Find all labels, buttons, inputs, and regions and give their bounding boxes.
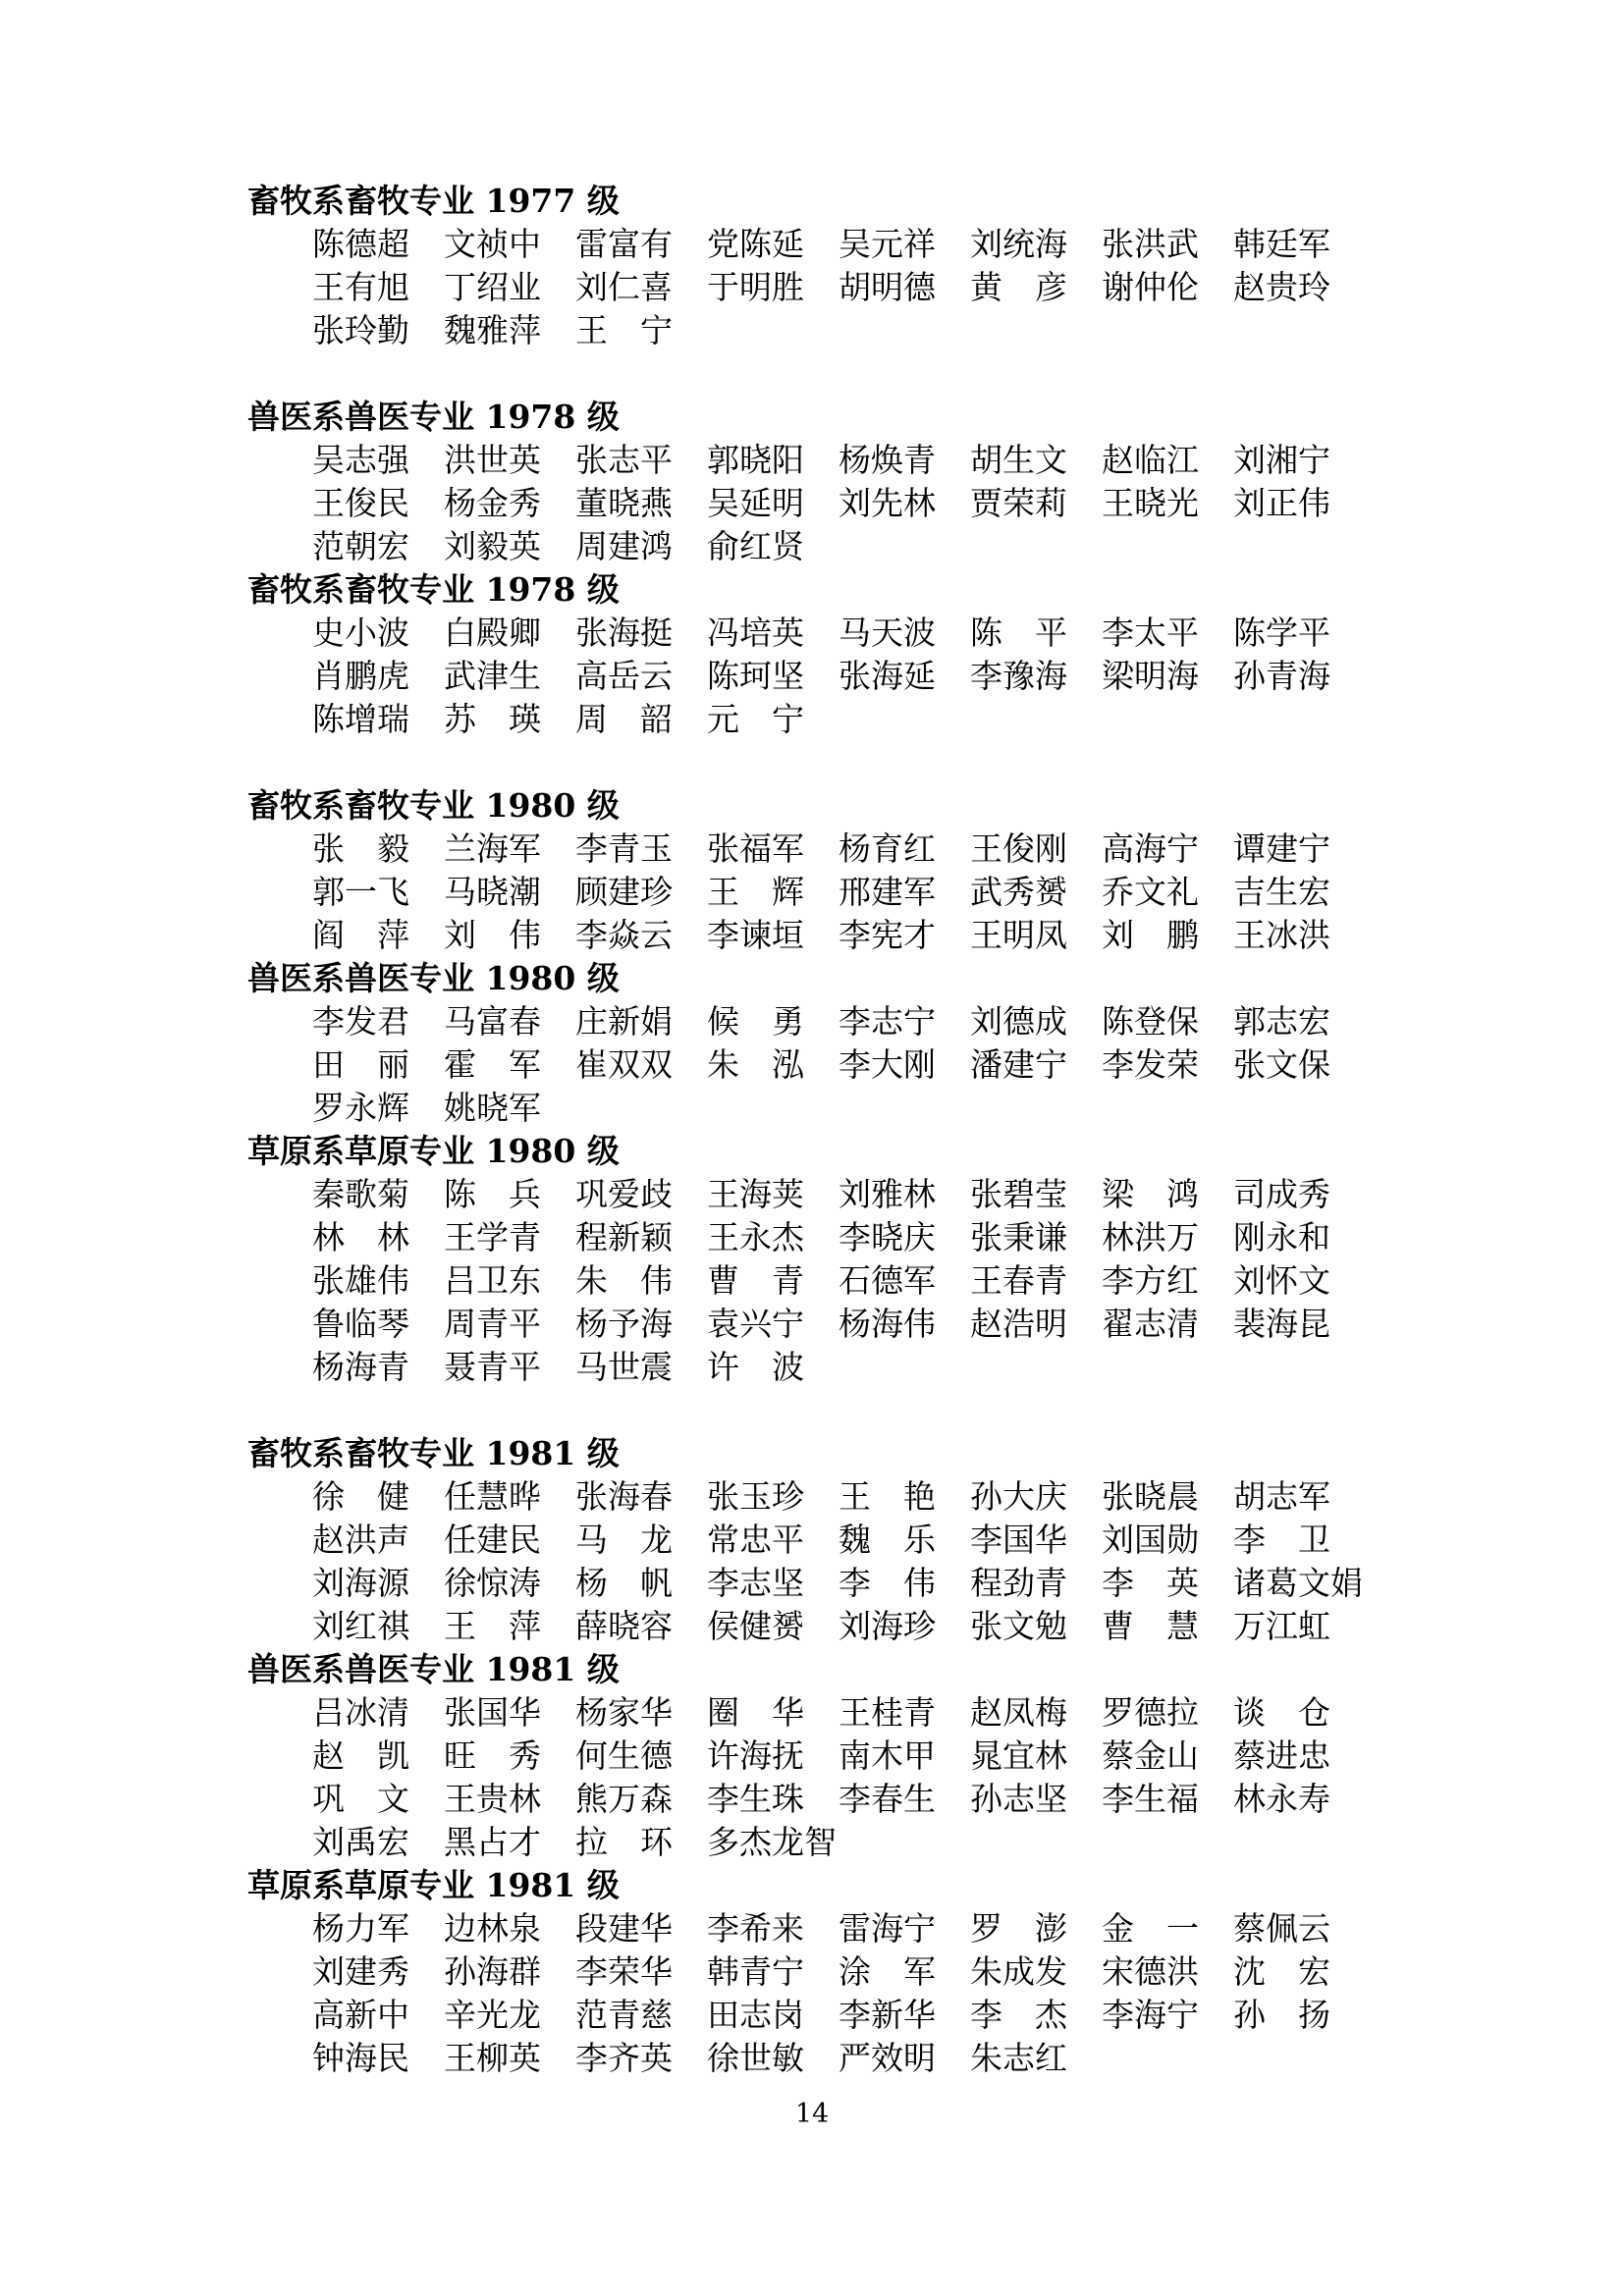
name-row: 王有旭丁绍业刘仁喜于明胜胡明德黄 彦谢仲伦赵贵玲 <box>312 266 1435 309</box>
student-name: 董晓燕 <box>575 482 707 525</box>
student-name: 杨海伟 <box>839 1303 970 1346</box>
student-name: 巩爱歧 <box>575 1173 707 1216</box>
student-name: 刘 鹏 <box>1102 914 1233 957</box>
student-name: 张洪武 <box>1102 223 1233 266</box>
student-name: 郭志宏 <box>1233 1000 1365 1043</box>
student-name: 李发荣 <box>1102 1043 1233 1087</box>
student-name: 李志宁 <box>839 1000 970 1043</box>
section-heading: 畜牧系畜牧专业 1978 级 <box>247 568 1435 612</box>
student-name: 黑占才 <box>444 1821 575 1864</box>
student-name: 石德军 <box>839 1259 970 1303</box>
student-name: 罗德拉 <box>1102 1691 1233 1735</box>
student-name: 谭建宁 <box>1233 828 1365 871</box>
student-name: 曹 慧 <box>1102 1605 1233 1648</box>
student-name: 梁明海 <box>1102 655 1233 698</box>
student-name: 高海宁 <box>1102 828 1233 871</box>
name-row: 杨海青聂青平马世震许 波 <box>312 1346 1435 1389</box>
student-name: 马 龙 <box>575 1519 707 1562</box>
student-name: 朱成发 <box>970 1950 1102 1994</box>
student-name: 刘先林 <box>839 482 970 525</box>
student-name: 张玲勤 <box>312 309 444 352</box>
student-name: 雷富有 <box>575 223 707 266</box>
student-name: 史小波 <box>312 612 444 655</box>
student-name: 徐世敏 <box>707 2037 839 2080</box>
student-name: 赵凤梅 <box>970 1691 1102 1735</box>
name-row: 巩 文王贵林熊万森李生珠李春生孙志坚李生福林永寿 <box>312 1778 1435 1821</box>
student-name: 李海宁 <box>1102 1994 1233 2037</box>
student-name: 刘 伟 <box>444 914 575 957</box>
student-name: 王海荚 <box>707 1173 839 1216</box>
name-row: 张雄伟吕卫东朱 伟曹 青石德军王春青李方红刘怀文 <box>312 1259 1435 1303</box>
student-name: 候 勇 <box>707 1000 839 1043</box>
name-row: 杨力军边林泉段建华李希来雷海宁罗 澎金 一蔡佩云 <box>312 1907 1435 1950</box>
student-name: 白殿卿 <box>444 612 575 655</box>
student-name: 秦歌菊 <box>312 1173 444 1216</box>
student-name: 武秀赟 <box>970 871 1102 914</box>
student-name: 冯培英 <box>707 612 839 655</box>
student-name: 蔡金山 <box>1102 1735 1233 1778</box>
student-name: 任慧晔 <box>444 1475 575 1519</box>
student-name: 范朝宏 <box>312 525 444 568</box>
section-rows: 史小波白殿卿张海挺冯培英马天波陈 平李太平陈学平 肖鹏虎武津生高岳云陈珂坚张海延… <box>247 612 1435 741</box>
student-name: 林洪万 <box>1102 1216 1233 1259</box>
student-name: 吕卫东 <box>444 1259 575 1303</box>
student-name: 苏 瑛 <box>444 698 575 741</box>
student-name: 李荣华 <box>575 1950 707 1994</box>
student-name: 刘禹宏 <box>312 1821 444 1864</box>
student-name: 何生德 <box>575 1735 707 1778</box>
student-name: 李晓庆 <box>839 1216 970 1259</box>
student-name: 李焱云 <box>575 914 707 957</box>
student-name: 黄 彦 <box>970 266 1102 309</box>
student-name: 王永杰 <box>707 1216 839 1259</box>
student-name: 刘湘宁 <box>1233 439 1365 482</box>
student-name: 杨家华 <box>575 1691 707 1735</box>
student-name: 姚晓军 <box>444 1087 575 1130</box>
student-name: 肖鹏虎 <box>312 655 444 698</box>
student-name: 李国华 <box>970 1519 1102 1562</box>
section-heading: 畜牧系畜牧专业 1981 级 <box>247 1432 1435 1475</box>
student-name: 陈登保 <box>1102 1000 1233 1043</box>
section-heading: 兽医系兽医专业 1980 级 <box>247 957 1435 1000</box>
student-name: 胡生文 <box>970 439 1102 482</box>
student-name: 圈 华 <box>707 1691 839 1735</box>
section-rows: 李发君马富春庄新娟候 勇李志宁刘德成陈登保郭志宏 田 丽霍 军崔双双朱 泓李大刚… <box>247 1000 1435 1130</box>
student-name: 曹 青 <box>707 1259 839 1303</box>
name-row: 史小波白殿卿张海挺冯培英马天波陈 平李太平陈学平 <box>312 612 1435 655</box>
student-name: 吴延明 <box>707 482 839 525</box>
student-name: 于明胜 <box>707 266 839 309</box>
student-name: 宋德洪 <box>1102 1950 1233 1994</box>
student-name: 朱 泓 <box>707 1043 839 1087</box>
student-name: 王晓光 <box>1102 482 1233 525</box>
student-name: 李发君 <box>312 1000 444 1043</box>
name-row: 陈增瑞苏 瑛周 韶元 宁 <box>312 698 1435 741</box>
student-name: 张海春 <box>575 1475 707 1519</box>
name-row: 刘建秀孙海群李荣华韩青宁涂 军朱成发宋德洪沈 宏 <box>312 1950 1435 1994</box>
student-name: 翟志清 <box>1102 1303 1233 1346</box>
student-name: 丁绍业 <box>444 266 575 309</box>
student-name: 谢仲伦 <box>1102 266 1233 309</box>
student-name: 李新华 <box>839 1994 970 2037</box>
name-row: 范朝宏刘毅英周建鸿俞红贤 <box>312 525 1435 568</box>
student-name: 王 宁 <box>575 309 707 352</box>
student-name: 王有旭 <box>312 266 444 309</box>
student-name: 李宪才 <box>839 914 970 957</box>
student-name: 辛光龙 <box>444 1994 575 2037</box>
roster-section: 草原系草原专业 1980 级 秦歌菊陈 兵巩爱歧王海荚刘雅林张碧莹梁 鸿司成秀 … <box>247 1130 1435 1389</box>
student-name: 张福军 <box>707 828 839 871</box>
student-name: 陈德超 <box>312 223 444 266</box>
student-name: 元 宁 <box>707 698 839 741</box>
student-name: 李谏垣 <box>707 914 839 957</box>
student-name: 钟海民 <box>312 2037 444 2080</box>
roster-section: 畜牧系畜牧专业 1980 级 张 毅兰海军李青玉张福军杨育红王俊刚高海宁谭建宁 … <box>247 784 1435 957</box>
student-name: 王贵林 <box>444 1778 575 1821</box>
student-name: 王 艳 <box>839 1475 970 1519</box>
student-name: 杨焕青 <box>839 439 970 482</box>
student-name: 薛晓容 <box>575 1605 707 1648</box>
name-row: 郭一飞马晓潮顾建珍王 辉邢建军武秀赟乔文礼吉生宏 <box>312 871 1435 914</box>
student-name: 魏雅萍 <box>444 309 575 352</box>
name-row: 吕冰清张国华杨家华圈 华王桂青赵凤梅罗德拉谈 仓 <box>312 1691 1435 1735</box>
name-row: 田 丽霍 军崔双双朱 泓李大刚潘建宁李发荣张文保 <box>312 1043 1435 1087</box>
student-name: 张文勉 <box>970 1605 1102 1648</box>
section-heading: 畜牧系畜牧专业 1977 级 <box>247 180 1435 223</box>
student-name: 庄新娟 <box>575 1000 707 1043</box>
student-name: 文祯中 <box>444 223 575 266</box>
roster-section: 畜牧系畜牧专业 1977 级 陈德超文祯中雷富有党陈延吴元祥刘统海张洪武韩廷军 … <box>247 180 1435 352</box>
name-row: 秦歌菊陈 兵巩爱歧王海荚刘雅林张碧莹梁 鸿司成秀 <box>312 1173 1435 1216</box>
student-name: 刘毅英 <box>444 525 575 568</box>
student-name: 聂青平 <box>444 1346 575 1389</box>
name-row: 刘红祺王 萍薛晓容侯健赟刘海珍张文勉曹 慧万江虹 <box>312 1605 1435 1648</box>
student-name: 王桂青 <box>839 1691 970 1735</box>
student-name: 段建华 <box>575 1907 707 1950</box>
student-name: 徐惊涛 <box>444 1562 575 1605</box>
student-name: 许海抚 <box>707 1735 839 1778</box>
student-name: 熊万森 <box>575 1778 707 1821</box>
section-heading: 兽医系兽医专业 1981 级 <box>247 1648 1435 1691</box>
student-name: 南木甲 <box>839 1735 970 1778</box>
student-name: 洪世英 <box>444 439 575 482</box>
student-name: 侯健赟 <box>707 1605 839 1648</box>
name-row: 刘海源徐惊涛杨 帆李志坚李 伟程劲青李 英诸葛文娟 <box>312 1562 1435 1605</box>
student-name: 赵 凯 <box>312 1735 444 1778</box>
student-name: 张碧莹 <box>970 1173 1102 1216</box>
roster-section: 兽医系兽医专业 1981 级 吕冰清张国华杨家华圈 华王桂青赵凤梅罗德拉谈 仓 … <box>247 1648 1435 1864</box>
student-name: 杨予海 <box>575 1303 707 1346</box>
student-name: 严效明 <box>839 2037 970 2080</box>
student-name: 刘统海 <box>970 223 1102 266</box>
student-name: 张文保 <box>1233 1043 1365 1087</box>
document-page: 畜牧系畜牧专业 1977 级 陈德超文祯中雷富有党陈延吴元祥刘统海张洪武韩廷军 … <box>0 0 1624 2296</box>
student-name: 刘雅林 <box>839 1173 970 1216</box>
student-name: 裴海昆 <box>1233 1303 1365 1346</box>
student-name: 徐 健 <box>312 1475 444 1519</box>
student-name: 张玉珍 <box>707 1475 839 1519</box>
student-name: 程劲青 <box>970 1562 1102 1605</box>
name-row: 高新中辛光龙范青慈田志岗李新华李 杰李海宁孙 扬 <box>312 1994 1435 2037</box>
roster-section: 草原系草原专业 1981 级 杨力军边林泉段建华李希来雷海宁罗 澎金 一蔡佩云 … <box>247 1864 1435 2080</box>
section-heading: 草原系草原专业 1981 级 <box>247 1864 1435 1907</box>
student-name: 韩青宁 <box>707 1950 839 1994</box>
student-name: 马世震 <box>575 1346 707 1389</box>
student-name: 张海挺 <box>575 612 707 655</box>
student-name: 李 伟 <box>839 1562 970 1605</box>
student-name: 陈珂坚 <box>707 655 839 698</box>
student-name: 李方红 <box>1102 1259 1233 1303</box>
student-name: 张雄伟 <box>312 1259 444 1303</box>
roster-section: 畜牧系畜牧专业 1981 级 徐 健任慧晔张海春张玉珍王 艳孙大庆张晓晨胡志军 … <box>247 1432 1435 1648</box>
student-name: 赵浩明 <box>970 1303 1102 1346</box>
student-name: 许 波 <box>707 1346 839 1389</box>
name-row: 吴志强洪世英张志平郭晓阳杨焕青胡生文赵临江刘湘宁 <box>312 439 1435 482</box>
student-name: 张志平 <box>575 439 707 482</box>
student-name: 梁 鸿 <box>1102 1173 1233 1216</box>
student-name: 晁宜林 <box>970 1735 1102 1778</box>
student-name: 兰海军 <box>444 828 575 871</box>
student-name: 杨力军 <box>312 1907 444 1950</box>
student-name: 林永寿 <box>1233 1778 1365 1821</box>
student-name: 田志岗 <box>707 1994 839 2037</box>
student-name: 张海延 <box>839 655 970 698</box>
student-name: 袁兴宁 <box>707 1303 839 1346</box>
student-name: 金 一 <box>1102 1907 1233 1950</box>
name-row: 王俊民杨金秀董晓燕吴延明刘先林贾荣莉王晓光刘正伟 <box>312 482 1435 525</box>
student-name: 朱志红 <box>970 2037 1102 2080</box>
student-name: 王 萍 <box>444 1605 575 1648</box>
student-name: 巩 文 <box>312 1778 444 1821</box>
student-name: 任建民 <box>444 1519 575 1562</box>
student-name: 孙 扬 <box>1233 1994 1365 2037</box>
student-name: 吴元祥 <box>839 223 970 266</box>
student-name: 万江虹 <box>1233 1605 1365 1648</box>
section-rows: 陈德超文祯中雷富有党陈延吴元祥刘统海张洪武韩廷军 王有旭丁绍业刘仁喜于明胜胡明德… <box>247 223 1435 352</box>
student-name: 刘海源 <box>312 1562 444 1605</box>
student-name: 武津生 <box>444 655 575 698</box>
student-name: 孙海群 <box>444 1950 575 1994</box>
name-row: 林 林王学青程新颖王永杰李晓庆张秉谦林洪万刚永和 <box>312 1216 1435 1259</box>
student-name: 李豫海 <box>970 655 1102 698</box>
student-name: 孙青海 <box>1233 655 1365 698</box>
name-row: 赵 凯旺 秀何生德许海抚南木甲晁宜林蔡金山蔡进忠 <box>312 1735 1435 1778</box>
student-name: 李 杰 <box>970 1994 1102 2037</box>
student-name: 贾荣莉 <box>970 482 1102 525</box>
student-name: 刘国勋 <box>1102 1519 1233 1562</box>
name-row: 张 毅兰海军李青玉张福军杨育红王俊刚高海宁谭建宁 <box>312 828 1435 871</box>
student-name: 拉 环 <box>575 1821 707 1864</box>
student-name: 高新中 <box>312 1994 444 2037</box>
student-name: 谈 仓 <box>1233 1691 1365 1735</box>
student-name: 潘建宁 <box>970 1043 1102 1087</box>
student-name: 俞红贤 <box>707 525 839 568</box>
student-name: 刘仁喜 <box>575 266 707 309</box>
student-name: 魏 乐 <box>839 1519 970 1562</box>
student-name: 周青平 <box>444 1303 575 1346</box>
section-rows: 吕冰清张国华杨家华圈 华王桂青赵凤梅罗德拉谈 仓 赵 凯旺 秀何生德许海抚南木甲… <box>247 1691 1435 1864</box>
student-name: 罗 澎 <box>970 1907 1102 1950</box>
student-name: 刚永和 <box>1233 1216 1365 1259</box>
student-name: 刘德成 <box>970 1000 1102 1043</box>
roster-section: 畜牧系畜牧专业 1978 级 史小波白殿卿张海挺冯培英马天波陈 平李太平陈学平 … <box>247 568 1435 741</box>
name-row: 张玲勤魏雅萍王 宁 <box>312 309 1435 352</box>
student-name: 王 辉 <box>707 871 839 914</box>
name-row: 罗永辉姚晓军 <box>312 1087 1435 1130</box>
student-name: 陈增瑞 <box>312 698 444 741</box>
section-rows: 杨力军边林泉段建华李希来雷海宁罗 澎金 一蔡佩云 刘建秀孙海群李荣华韩青宁涂 军… <box>247 1907 1435 2080</box>
student-name: 周 韶 <box>575 698 707 741</box>
student-name: 王俊民 <box>312 482 444 525</box>
student-name: 刘红祺 <box>312 1605 444 1648</box>
student-name: 王柳英 <box>444 2037 575 2080</box>
student-name: 孙志坚 <box>970 1778 1102 1821</box>
student-name: 刘正伟 <box>1233 482 1365 525</box>
student-name: 党陈延 <box>707 223 839 266</box>
student-name: 李齐英 <box>575 2037 707 2080</box>
student-name: 朱 伟 <box>575 1259 707 1303</box>
student-name: 李 卫 <box>1233 1519 1365 1562</box>
student-name: 李青玉 <box>575 828 707 871</box>
student-name: 诸葛文娟 <box>1233 1562 1365 1605</box>
student-name: 刘怀文 <box>1233 1259 1365 1303</box>
student-name: 赵临江 <box>1102 439 1233 482</box>
student-name: 邢建军 <box>839 871 970 914</box>
student-name: 陈学平 <box>1233 612 1365 655</box>
student-name: 程新颖 <box>575 1216 707 1259</box>
student-name: 雷海宁 <box>839 1907 970 1950</box>
section-rows: 吴志强洪世英张志平郭晓阳杨焕青胡生文赵临江刘湘宁 王俊民杨金秀董晓燕吴延明刘先林… <box>247 439 1435 568</box>
section-rows: 张 毅兰海军李青玉张福军杨育红王俊刚高海宁谭建宁 郭一飞马晓潮顾建珍王 辉邢建军… <box>247 828 1435 957</box>
student-name: 旺 秀 <box>444 1735 575 1778</box>
student-name: 李春生 <box>839 1778 970 1821</box>
name-row: 陈德超文祯中雷富有党陈延吴元祥刘统海张洪武韩廷军 <box>312 223 1435 266</box>
student-name: 林 林 <box>312 1216 444 1259</box>
student-name: 刘建秀 <box>312 1950 444 1994</box>
student-name: 李太平 <box>1102 612 1233 655</box>
student-name: 吕冰清 <box>312 1691 444 1735</box>
student-name: 李 英 <box>1102 1562 1233 1605</box>
student-name: 顾建珍 <box>575 871 707 914</box>
student-name: 韩廷军 <box>1233 223 1365 266</box>
student-name: 胡明德 <box>839 266 970 309</box>
student-name: 张国华 <box>444 1691 575 1735</box>
name-row: 徐 健任慧晔张海春张玉珍王 艳孙大庆张晓晨胡志军 <box>312 1475 1435 1519</box>
student-name: 乔文礼 <box>1102 871 1233 914</box>
page-number: 14 <box>0 2095 1624 2134</box>
roster-section: 兽医系兽医专业 1978 级 吴志强洪世英张志平郭晓阳杨焕青胡生文赵临江刘湘宁 … <box>247 396 1435 568</box>
student-name: 陈 兵 <box>444 1173 575 1216</box>
student-name: 王明凤 <box>970 914 1102 957</box>
section-heading: 兽医系兽医专业 1978 级 <box>247 396 1435 439</box>
student-name: 李大刚 <box>839 1043 970 1087</box>
name-row: 肖鹏虎武津生高岳云陈珂坚张海延李豫海梁明海孙青海 <box>312 655 1435 698</box>
name-row: 鲁临琴周青平杨予海袁兴宁杨海伟赵浩明翟志清裴海昆 <box>312 1303 1435 1346</box>
student-name: 田 丽 <box>312 1043 444 1087</box>
student-name: 阎 萍 <box>312 914 444 957</box>
student-name: 杨金秀 <box>444 482 575 525</box>
student-name: 郭一飞 <box>312 871 444 914</box>
student-name: 孙大庆 <box>970 1475 1102 1519</box>
section-heading: 草原系草原专业 1980 级 <box>247 1130 1435 1173</box>
student-name: 罗永辉 <box>312 1087 444 1130</box>
student-name: 常忠平 <box>707 1519 839 1562</box>
student-name: 胡志军 <box>1233 1475 1365 1519</box>
student-name: 郭晓阳 <box>707 439 839 482</box>
student-name: 鲁临琴 <box>312 1303 444 1346</box>
student-name: 边林泉 <box>444 1907 575 1950</box>
student-name: 杨海青 <box>312 1346 444 1389</box>
roster-section: 兽医系兽医专业 1980 级 李发君马富春庄新娟候 勇李志宁刘德成陈登保郭志宏 … <box>247 957 1435 1130</box>
student-name: 多杰龙智 <box>707 1821 839 1864</box>
student-name: 崔双双 <box>575 1043 707 1087</box>
student-name: 刘海珍 <box>839 1605 970 1648</box>
student-name: 蔡进忠 <box>1233 1735 1365 1778</box>
name-row: 李发君马富春庄新娟候 勇李志宁刘德成陈登保郭志宏 <box>312 1000 1435 1043</box>
student-name: 李生福 <box>1102 1778 1233 1821</box>
sections: 畜牧系畜牧专业 1977 级 陈德超文祯中雷富有党陈延吴元祥刘统海张洪武韩廷军 … <box>247 180 1435 2080</box>
name-row: 刘禹宏黑占才拉 环多杰龙智 <box>312 1821 1435 1864</box>
student-name: 周建鸿 <box>575 525 707 568</box>
student-name: 张 毅 <box>312 828 444 871</box>
student-name: 司成秀 <box>1233 1173 1365 1216</box>
student-name: 高岳云 <box>575 655 707 698</box>
student-name: 吴志强 <box>312 439 444 482</box>
section-rows: 秦歌菊陈 兵巩爱歧王海荚刘雅林张碧莹梁 鸿司成秀 林 林王学青程新颖王永杰李晓庆… <box>247 1173 1435 1389</box>
student-name: 张秉谦 <box>970 1216 1102 1259</box>
student-name: 杨育红 <box>839 828 970 871</box>
student-name: 李志坚 <box>707 1562 839 1605</box>
student-name: 赵洪声 <box>312 1519 444 1562</box>
student-name: 蔡佩云 <box>1233 1907 1365 1950</box>
section-rows: 徐 健任慧晔张海春张玉珍王 艳孙大庆张晓晨胡志军 赵洪声任建民马 龙常忠平魏 乐… <box>247 1475 1435 1648</box>
student-name: 赵贵玲 <box>1233 266 1365 309</box>
student-name: 陈 平 <box>970 612 1102 655</box>
student-name: 王俊刚 <box>970 828 1102 871</box>
roster-content: 畜牧系畜牧专业 1977 级 陈德超文祯中雷富有党陈延吴元祥刘统海张洪武韩廷军 … <box>247 180 1435 2080</box>
name-row: 钟海民王柳英李齐英徐世敏严效明朱志红 <box>312 2037 1435 2080</box>
student-name: 涂 军 <box>839 1950 970 1994</box>
student-name: 马天波 <box>839 612 970 655</box>
student-name: 张晓晨 <box>1102 1475 1233 1519</box>
student-name: 吉生宏 <box>1233 871 1365 914</box>
student-name: 马晓潮 <box>444 871 575 914</box>
student-name: 王冰洪 <box>1233 914 1365 957</box>
student-name: 马富春 <box>444 1000 575 1043</box>
section-heading: 畜牧系畜牧专业 1980 级 <box>247 784 1435 828</box>
student-name: 王春青 <box>970 1259 1102 1303</box>
student-name: 李希来 <box>707 1907 839 1950</box>
student-name: 李生珠 <box>707 1778 839 1821</box>
student-name: 范青慈 <box>575 1994 707 2037</box>
student-name: 霍 军 <box>444 1043 575 1087</box>
name-row: 赵洪声任建民马 龙常忠平魏 乐李国华刘国勋李 卫 <box>312 1519 1435 1562</box>
name-row: 阎 萍刘 伟李焱云李谏垣李宪才王明凤刘 鹏王冰洪 <box>312 914 1435 957</box>
student-name: 王学青 <box>444 1216 575 1259</box>
student-name: 沈 宏 <box>1233 1950 1365 1994</box>
student-name: 杨 帆 <box>575 1562 707 1605</box>
